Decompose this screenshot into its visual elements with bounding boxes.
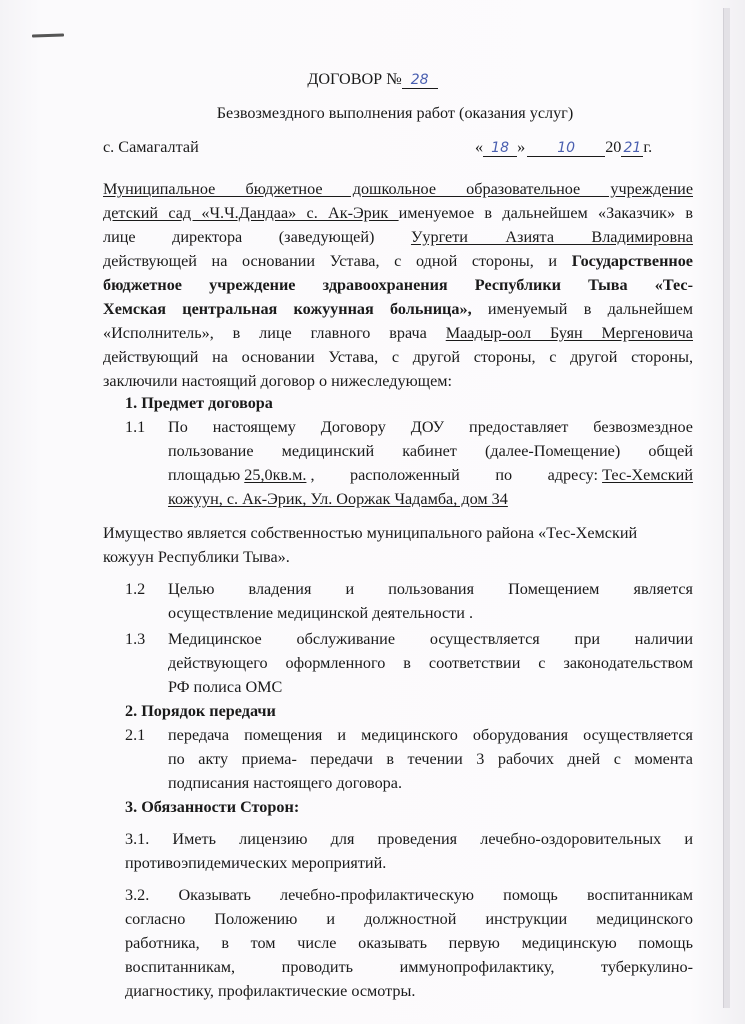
section-heading-2: 2. Порядок передачи [125,700,276,724]
area-value: 25,0кв.м. [244,466,306,484]
contract-date: «18»102021г. [475,136,652,160]
section-heading-3: 3. Обязанности Сторон: [125,796,299,820]
scan-edge [723,8,730,1008]
page-title: ДОГОВОР №28 [0,68,745,92]
contract-subtitle: Безвозмездного выполнения работ (оказани… [125,102,665,126]
contract-place: с. Самагалтай [103,136,199,160]
contract-number: 28 [411,72,429,88]
section-heading-1: 1. Предмет договора [125,392,273,416]
document-page: ДОГОВОР №28 Безвозмездного выполнения ра… [0,0,745,1024]
director-name: Уургети Азията Владимировна [411,226,693,250]
date-month: 10 [557,140,575,156]
date-year: 21 [623,140,641,156]
scan-mark [32,33,64,37]
address-part-2: кожуун, с. Ак-Эрик, Ул. Ооржак Чадамба, … [168,488,508,512]
property-note: Имущество является собственностью муници… [103,522,693,546]
date-day: 18 [491,140,509,156]
address-part-1: Тес-Хемский [602,464,693,488]
chief-doctor-name: Маадыр-оол Буян Мергеновича [446,324,693,342]
